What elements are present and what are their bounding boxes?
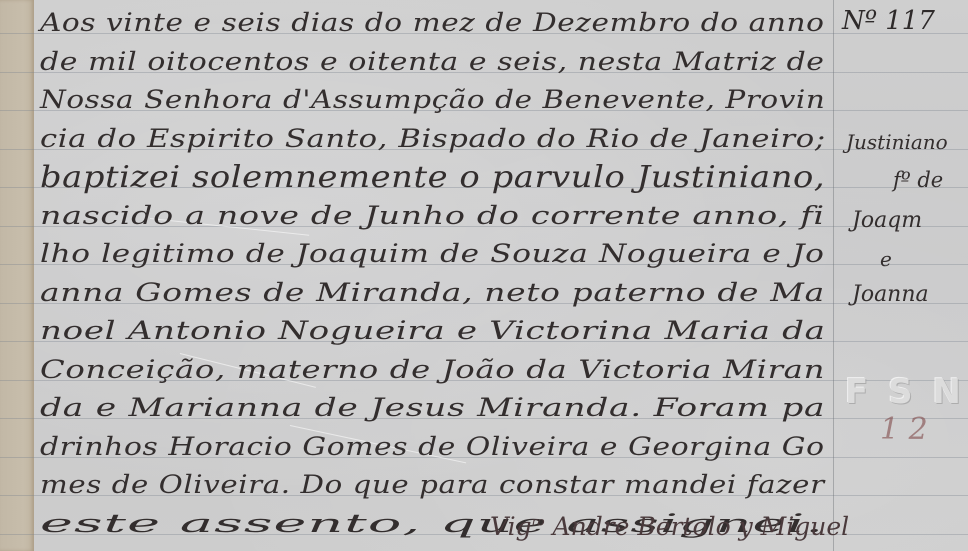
margin-rule: [833, 0, 834, 551]
signature-name: Andre Bertolo y Miguel: [553, 512, 850, 541]
record-line-5: baptizei solemnemente o parvulo Justinia…: [40, 160, 825, 195]
record-line-8: anna Gomes de Miranda, neto paterno de M…: [40, 278, 825, 307]
record-line-4: cia do Espirito Santo, Bispado do Rio de…: [40, 124, 826, 153]
entry-number: Nº 117: [842, 6, 935, 36]
document-page: Nº 117 Aos vinte e seis dias do mez de D…: [0, 0, 968, 551]
record-line-6: nascido a nove de Junho do corrente anno…: [40, 201, 825, 230]
margin-filiation: fº de: [893, 168, 943, 192]
record-line-1: Aos vinte e seis dias do mez de Dezembro…: [40, 8, 824, 37]
record-line-13: mes de Oliveira. Do que para constar man…: [40, 470, 825, 499]
margin-mother: Joanna: [852, 282, 929, 307]
signature-prefix: Vig: [490, 512, 532, 541]
record-line-2: de mil oitocentos e oitenta e seis, nest…: [40, 47, 825, 76]
margin-name: Justiniano: [846, 130, 948, 154]
signature-prefix-sup: ro: [532, 515, 545, 529]
stamp-annotation: 1 2: [880, 412, 928, 447]
record-line-12: drinhos Horacio Gomes de Oliveira e Geor…: [40, 432, 825, 461]
record-line-3: Nossa Senhora d'Assumpção de Benevente, …: [40, 85, 825, 114]
priest-signature: Vigro Andre Bertolo y Miguel: [490, 512, 849, 541]
margin-father: Joaqm: [852, 208, 922, 233]
record-line-10: Conceição, materno de João da Victoria M…: [40, 355, 825, 384]
embossed-stamp: F S N: [845, 372, 965, 412]
record-line-7: lho legitimo de Joaquim de Souza Nogueir…: [40, 239, 824, 268]
binding-strip: [0, 0, 34, 551]
margin-conjunction: e: [880, 247, 892, 271]
record-line-9: noel Antonio Nogueira e Victorina Maria …: [40, 316, 826, 345]
record-line-11: da e Marianna de Jesus Miranda. Foram pa: [40, 393, 825, 422]
